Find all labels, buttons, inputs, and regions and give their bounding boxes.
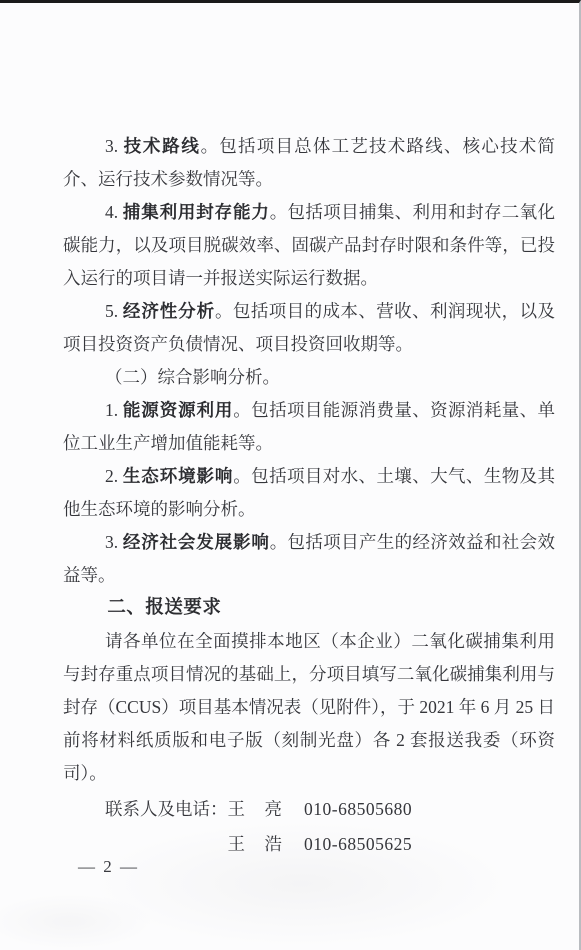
text-run: 5. — [105, 301, 123, 321]
text-run: 技术路线 — [124, 136, 201, 156]
text-run: 请各单位在全面摸排本地区（本企业）二氧化碳捕集利用与封存重点项目情况的基础上，分… — [63, 631, 555, 783]
text-run: 3. — [105, 532, 123, 552]
text-run: 能源资源利用 — [123, 400, 233, 420]
paragraph: 1. 能源资源利用。包括项目能源消费量、资源消耗量、单位工业生产增加值能耗等。 — [63, 394, 555, 460]
document-body: 3. 技术路线。包括项目总体工艺技术路线、核心技术简介、运行技术参数情况等。4.… — [63, 130, 555, 790]
paragraph: 2. 生态环境影响。包括项目对水、土壤、大气、生物及其他生态环境的影响分析。 — [63, 460, 555, 526]
text-run: （二）综合影响分析。 — [105, 367, 280, 387]
text-run: 2. — [105, 466, 123, 486]
paragraph: 3. 经济社会发展影响。包括项目产生的经济效益和社会效益等。 — [63, 526, 555, 592]
text-run: 捕集利用封存能力 — [123, 202, 270, 222]
scanned-document-page: 3. 技术路线。包括项目总体工艺技术路线、核心技术简介、运行技术参数情况等。4.… — [0, 0, 581, 950]
page-number: — 2 — — [78, 852, 139, 882]
paragraph: 3. 技术路线。包括项目总体工艺技术路线、核心技术简介、运行技术参数情况等。 — [63, 130, 555, 196]
text-run: 生态环境影响 — [123, 466, 233, 486]
text-run: 3. — [105, 136, 124, 156]
contact-phone: 010-68505625 — [304, 834, 412, 854]
contact-row: 联系人及电话：王 亮010-68505680 — [63, 792, 555, 827]
contact-name: 王 浩 — [228, 834, 284, 854]
contact-label: 联系人及电话： — [105, 799, 228, 819]
text-run: 经济社会发展影响 — [123, 532, 270, 552]
contact-name: 王 亮 — [228, 799, 284, 819]
text-run: 经济性分析 — [123, 301, 215, 321]
text-run: 4. — [105, 202, 123, 222]
contact-phone: 010-68505680 — [304, 799, 412, 819]
paragraph: 4. 捕集利用封存能力。包括项目捕集、利用和封存二氧化碳能力，以及项目脱碳效率、… — [63, 196, 555, 295]
paragraph: 5. 经济性分析。包括项目的成本、营收、利润现状，以及项目投资资产负债情况、项目… — [63, 295, 555, 361]
paragraph: （二）综合影响分析。 — [63, 361, 555, 394]
text-run: 1. — [105, 400, 123, 420]
section-heading: 二、报送要求 — [63, 592, 555, 625]
paragraph: 请各单位在全面摸排本地区（本企业）二氧化碳捕集利用与封存重点项目情况的基础上，分… — [63, 625, 555, 790]
text-run: 二、报送要求 — [107, 598, 221, 618]
